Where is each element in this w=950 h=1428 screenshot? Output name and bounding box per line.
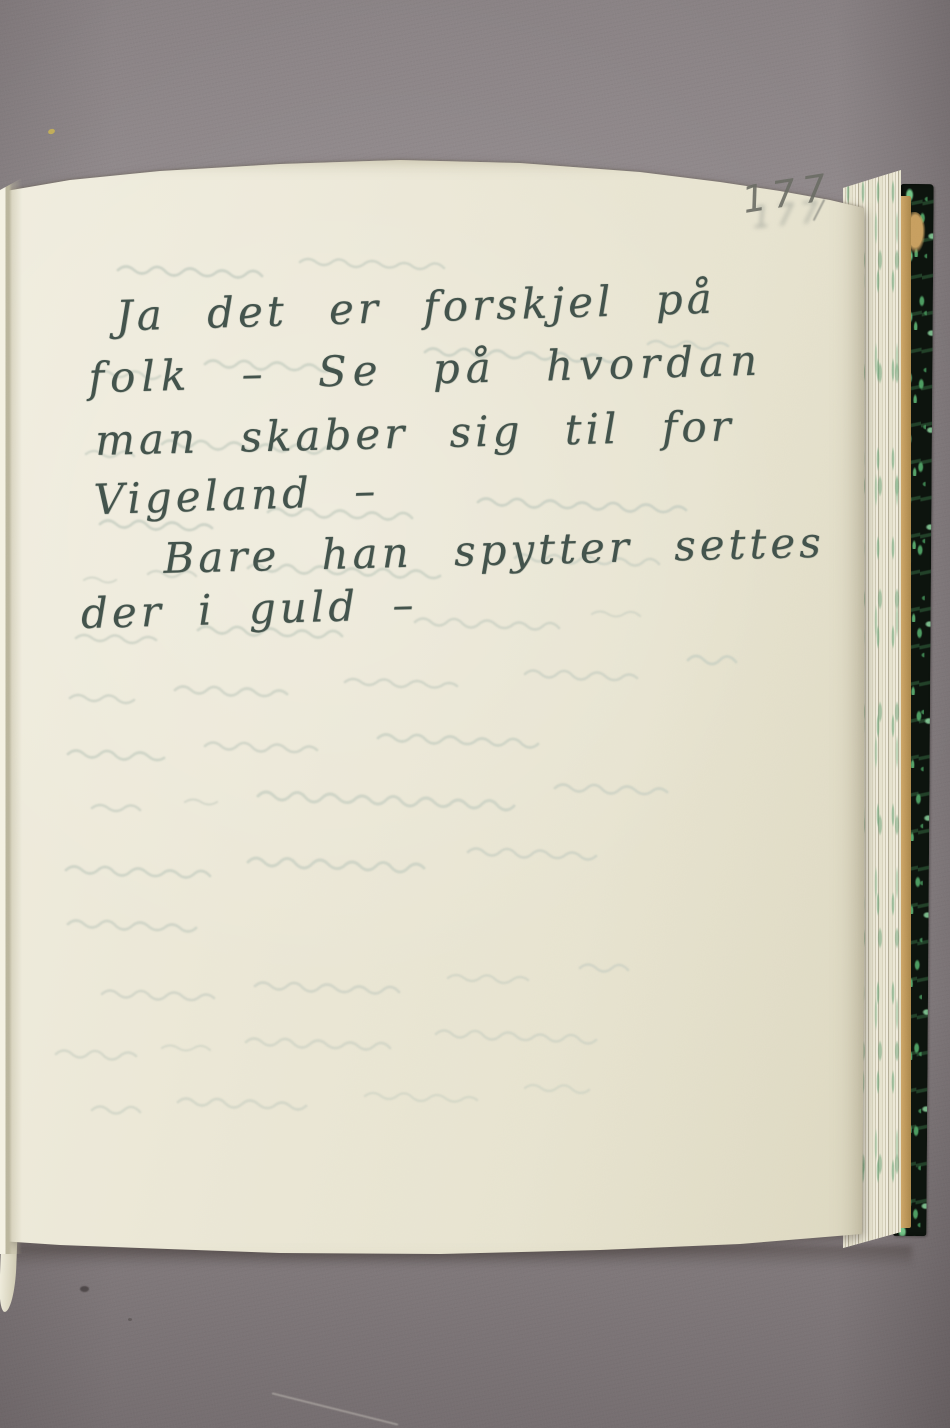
photo-of-notebook: { "manuscript": { "page_number": "177", … bbox=[0, 0, 950, 1428]
handwritten-line: Bare han spytter settes bbox=[163, 518, 825, 583]
handwritten-line: der i guld – bbox=[80, 580, 418, 638]
handwritten-line: man skaber sig til for bbox=[95, 401, 736, 465]
handwritten-line: folk – Se på hvordan bbox=[88, 336, 764, 403]
handwritten-line: Vigeland – bbox=[93, 466, 380, 524]
handwritten-text-block: Ja det er forskjel på folk – Se på hvord… bbox=[0, 0, 950, 1428]
handwritten-line: Ja det er forskjel på bbox=[115, 274, 716, 341]
